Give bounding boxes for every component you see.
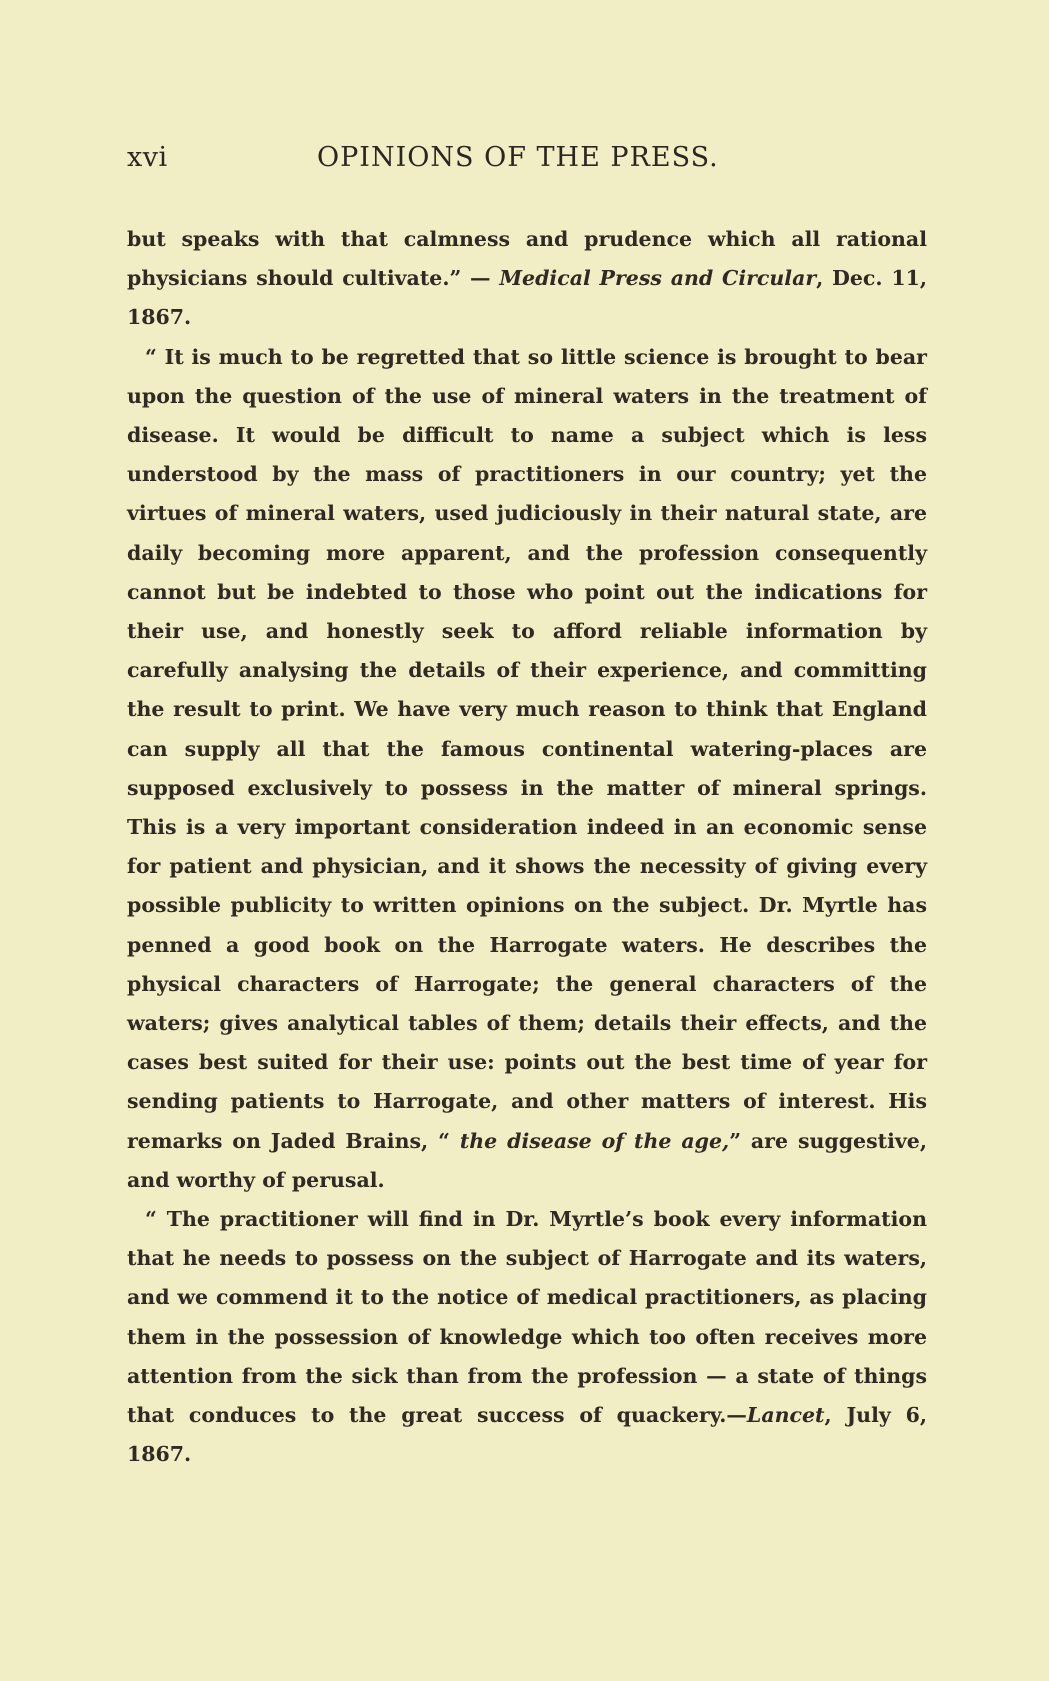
- citation-source: Lancet: [747, 1403, 825, 1427]
- paragraph-2-text: “ It is much to be regretted that so lit…: [127, 345, 927, 1153]
- body-text: but speaks with that calmness and pruden…: [127, 220, 927, 1475]
- page-number: xvi: [127, 142, 168, 173]
- running-title: OPINIONS OF THE PRESS.: [317, 142, 719, 173]
- running-head: xvi OPINIONS OF THE PRESS.: [127, 142, 927, 182]
- paragraph-3-text: “ The practitioner will find in Dr. Myrt…: [127, 1207, 927, 1427]
- paragraph-3: “ The practitioner will find in Dr. Myrt…: [127, 1200, 927, 1474]
- quoted-phrase: the disease of the age,: [460, 1129, 729, 1153]
- paragraph-1: but speaks with that calmness and pruden…: [127, 220, 927, 338]
- citation-source: Medical Press and Circular: [499, 266, 816, 290]
- book-page: xvi OPINIONS OF THE PRESS. but speaks wi…: [127, 142, 927, 1475]
- paragraph-2: “ It is much to be regretted that so lit…: [127, 338, 927, 1200]
